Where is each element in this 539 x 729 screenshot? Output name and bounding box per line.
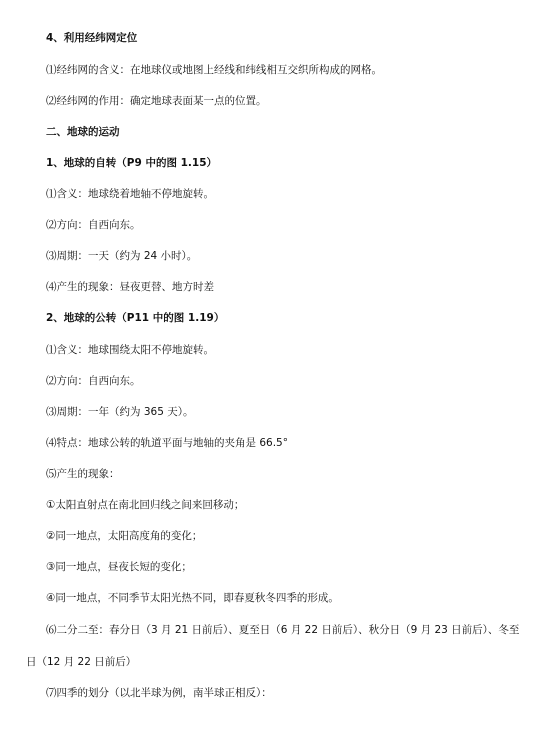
paragraph: ⑵经纬网的作用：确定地球表面某一点的位置。: [46, 94, 267, 108]
paragraph: ⑹二分二至：春分日（3 月 21 日前后）、夏至日（6 月 22 日前后）、秋分…: [46, 623, 519, 637]
list-item: ①太阳直射点在南北回归线之间来回移动；: [46, 498, 244, 512]
paragraph-continuation: 日（12 月 22 日前后）: [26, 655, 136, 669]
section-heading-earth-motion: 二、地球的运动: [46, 125, 120, 139]
heading-lat-long-grid: 4、利用经纬网定位: [46, 31, 137, 45]
paragraph: ⑶周期：一年（约为 365 天）。: [46, 405, 193, 419]
paragraph: ⑴含义：地球围绕太阳不停地旋转。: [46, 343, 214, 357]
paragraph: ⑵方向：自西向东。: [46, 218, 141, 232]
paragraph: ⑵方向：自西向东。: [46, 374, 141, 388]
paragraph: ⑺四季的划分（以北半球为例，南半球正相反）：: [46, 686, 272, 700]
paragraph: ⑶周期：一天（约为 24 小时）。: [46, 249, 197, 263]
list-item: ③同一地点，昼夜长短的变化；: [46, 560, 192, 574]
heading-revolution: 2、地球的公转（P11 中的图 1.19）: [46, 311, 224, 325]
paragraph: ⑷特点：地球公转的轨道平面与地轴的夹角是 66.5°: [46, 436, 288, 450]
paragraph: ⑸产生的现象：: [46, 467, 120, 481]
document-page: 4、利用经纬网定位 ⑴经纬网的含义：在地球仪或地图上经线和纬线相互交织所构成的网…: [0, 0, 539, 729]
paragraph: ⑴经纬网的含义：在地球仪或地图上经线和纬线相互交织所构成的网格。: [46, 63, 382, 77]
list-item: ②同一地点，太阳高度角的变化；: [46, 529, 202, 543]
paragraph: ⑷产生的现象：昼夜更替、地方时差: [46, 280, 214, 294]
paragraph: ⑴含义：地球绕着地轴不停地旋转。: [46, 187, 214, 201]
list-item: ④同一地点，不同季节太阳光热不同，即春夏秋冬四季的形成。: [46, 591, 339, 605]
heading-rotation: 1、地球的自转（P9 中的图 1.15）: [46, 156, 217, 170]
